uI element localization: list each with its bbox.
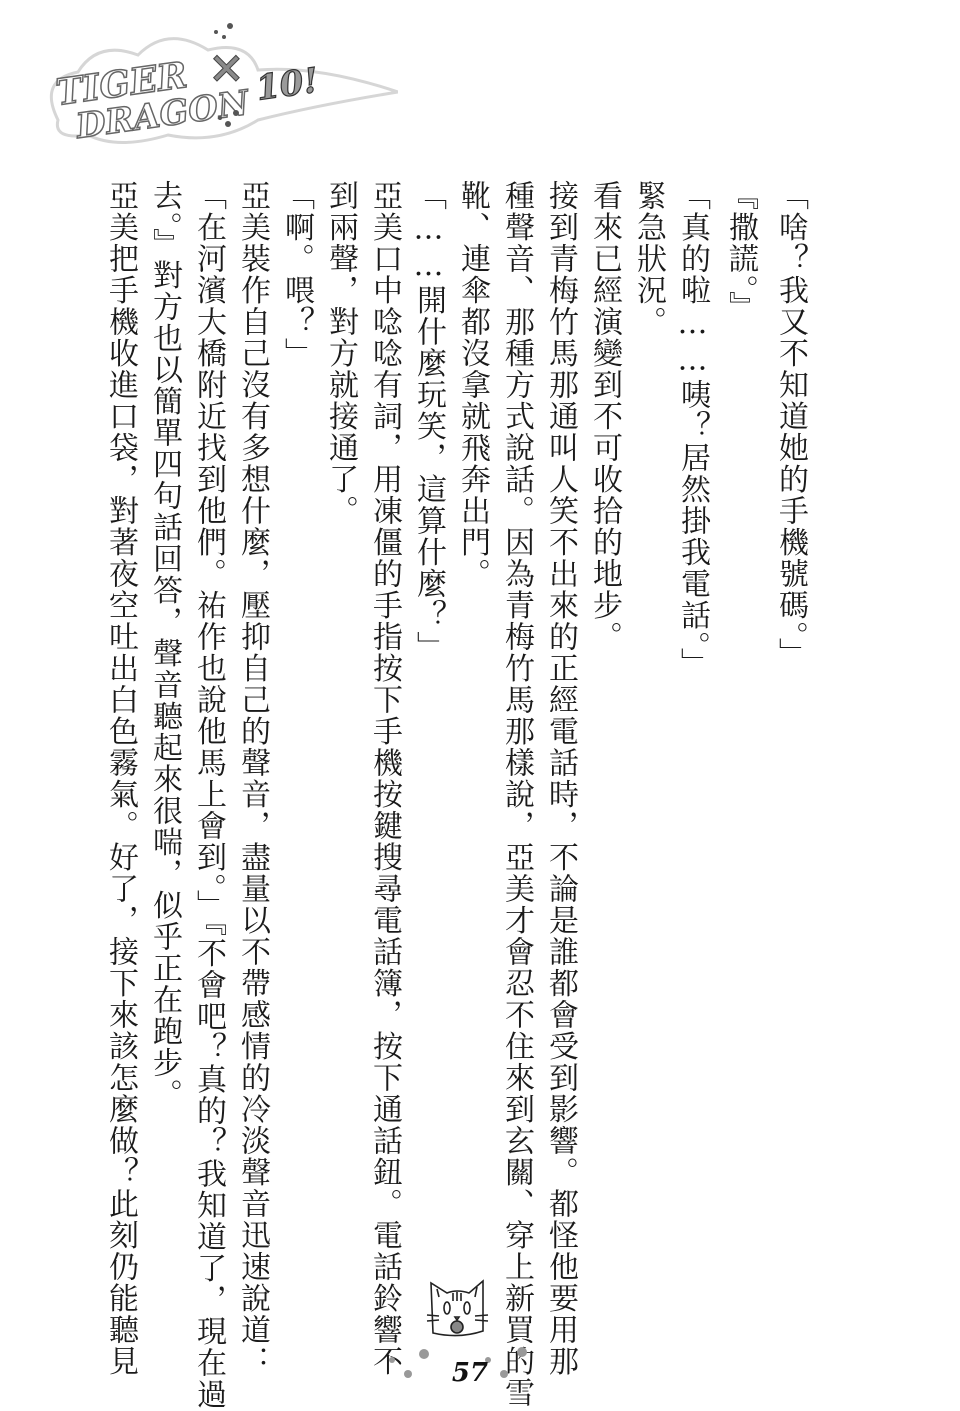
text-column-5: 看來已經演變到不可收拾的地步。 <box>584 180 624 653</box>
text-column-16: 亞美把手機收進口袋，對著夜空吐出白色霧氣。好了，接下來該怎麼做？此刻仍能聽見 <box>100 180 140 1377</box>
book-logo: TIGER DRAGON × 10! <box>18 10 398 150</box>
text-column-1: 「啥？我又不知道她的手機號碼。」 <box>770 180 810 669</box>
vertical-text-body: 「啥？我又不知道她的手機號碼。」 『撒謊。』 「真的啦……咦？居然掛我電話。」 … <box>100 180 820 1260</box>
page-number: 57 <box>380 1358 560 1388</box>
text-column-9: 「……開什麼玩笑，這算什麼？」 <box>408 180 448 663</box>
text-column-13: 亞美裝作自己沒有多想什麼，壓抑自己的聲音，盡量以不帶感情的冷淡聲音迅速說道： <box>232 180 272 1377</box>
text-column-14: 「在河濱大橋附近找到他們。祐作也說他馬上會到。」『不會吧？真的？我知道了，現在過 <box>188 180 228 1410</box>
text-column-6: 接到青梅竹馬那通叫人笑不出來的正經電話時，不論是誰都會受到影響。都怪他要用那 <box>540 180 580 1377</box>
text-column-3: 「真的啦……咦？居然掛我電話。」 <box>672 180 712 679</box>
text-column-2: 『撒謊。』 <box>720 180 760 323</box>
logo-artwork: TIGER DRAGON × 10! <box>18 10 398 150</box>
text-column-11: 到兩聲，對方就接通了。 <box>320 180 360 527</box>
text-column-7: 種聲音、那種方式說話。因為青梅竹馬那樣說，亞美才會忍不住來到玄關、穿上新買的雪 <box>496 180 536 1409</box>
cat-face-icon <box>425 1275 490 1340</box>
text-column-10: 亞美口中唸唸有詞，用凍僵的手指按下手機按鍵搜尋電話簿，按下通話鈕。電話鈴響不 <box>364 180 404 1377</box>
svg-text:10!: 10! <box>254 61 321 109</box>
svg-text:×: × <box>208 42 245 93</box>
text-column-12: 「啊。喂？」 <box>276 180 316 369</box>
page-footer: 57 <box>380 1270 560 1410</box>
text-column-8: 靴、連傘都沒拿就飛奔出門。 <box>452 180 492 590</box>
text-column-4: 緊急狀況。 <box>628 180 668 338</box>
text-column-15: 去。』對方也以簡單四句話回答，聲音聽起來很喘，似乎正在跑步。 <box>144 180 184 1110</box>
